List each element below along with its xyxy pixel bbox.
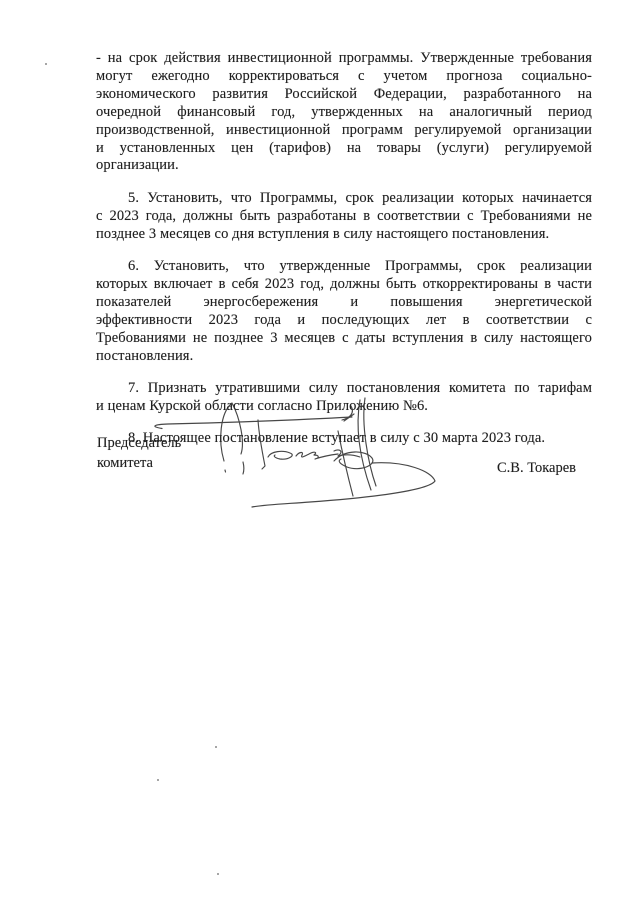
text-line: могут ежегодно корректироваться с учетом… [96, 68, 592, 86]
scan-speck [217, 873, 219, 875]
text-line: организации. [96, 157, 592, 175]
scanned-document-page: - на срок действия инвестиционной програ… [0, 0, 640, 905]
text-line: экономического развития Российской Федер… [96, 86, 592, 104]
text-line: 5. Установить, что Программы, срок реали… [96, 190, 592, 208]
text-line: показателей энергосбережения и повышения… [96, 294, 592, 312]
text-line: Требованиями не позднее 3 месяцев с даты… [96, 330, 592, 348]
text-line: очередной финансовый год, утвержденных н… [96, 104, 592, 122]
text-line: позднее 3 месяцев со дня вступления в си… [96, 226, 592, 244]
text-line: и установленных цен (тарифов) на товары … [96, 140, 592, 158]
text-line: производственной, инвестиционной програм… [96, 122, 592, 140]
text-line: постановления. [96, 348, 592, 366]
handwritten-signature [138, 393, 448, 518]
scan-speck [157, 779, 159, 781]
text-line: с 2023 года, должны быть разработаны в с… [96, 208, 592, 226]
text-line: эффективности 2023 года и последующих ле… [96, 312, 592, 330]
text-line: которых включает в себя 2023 год, должны… [96, 276, 592, 294]
scan-speck [215, 746, 217, 748]
text-line: - на срок действия инвестиционной програ… [96, 50, 592, 68]
text-line: 6. Установить, что утвержденные Программ… [96, 258, 592, 276]
signer-name: С.В. Токарев [497, 459, 576, 478]
scan-speck [45, 63, 47, 65]
